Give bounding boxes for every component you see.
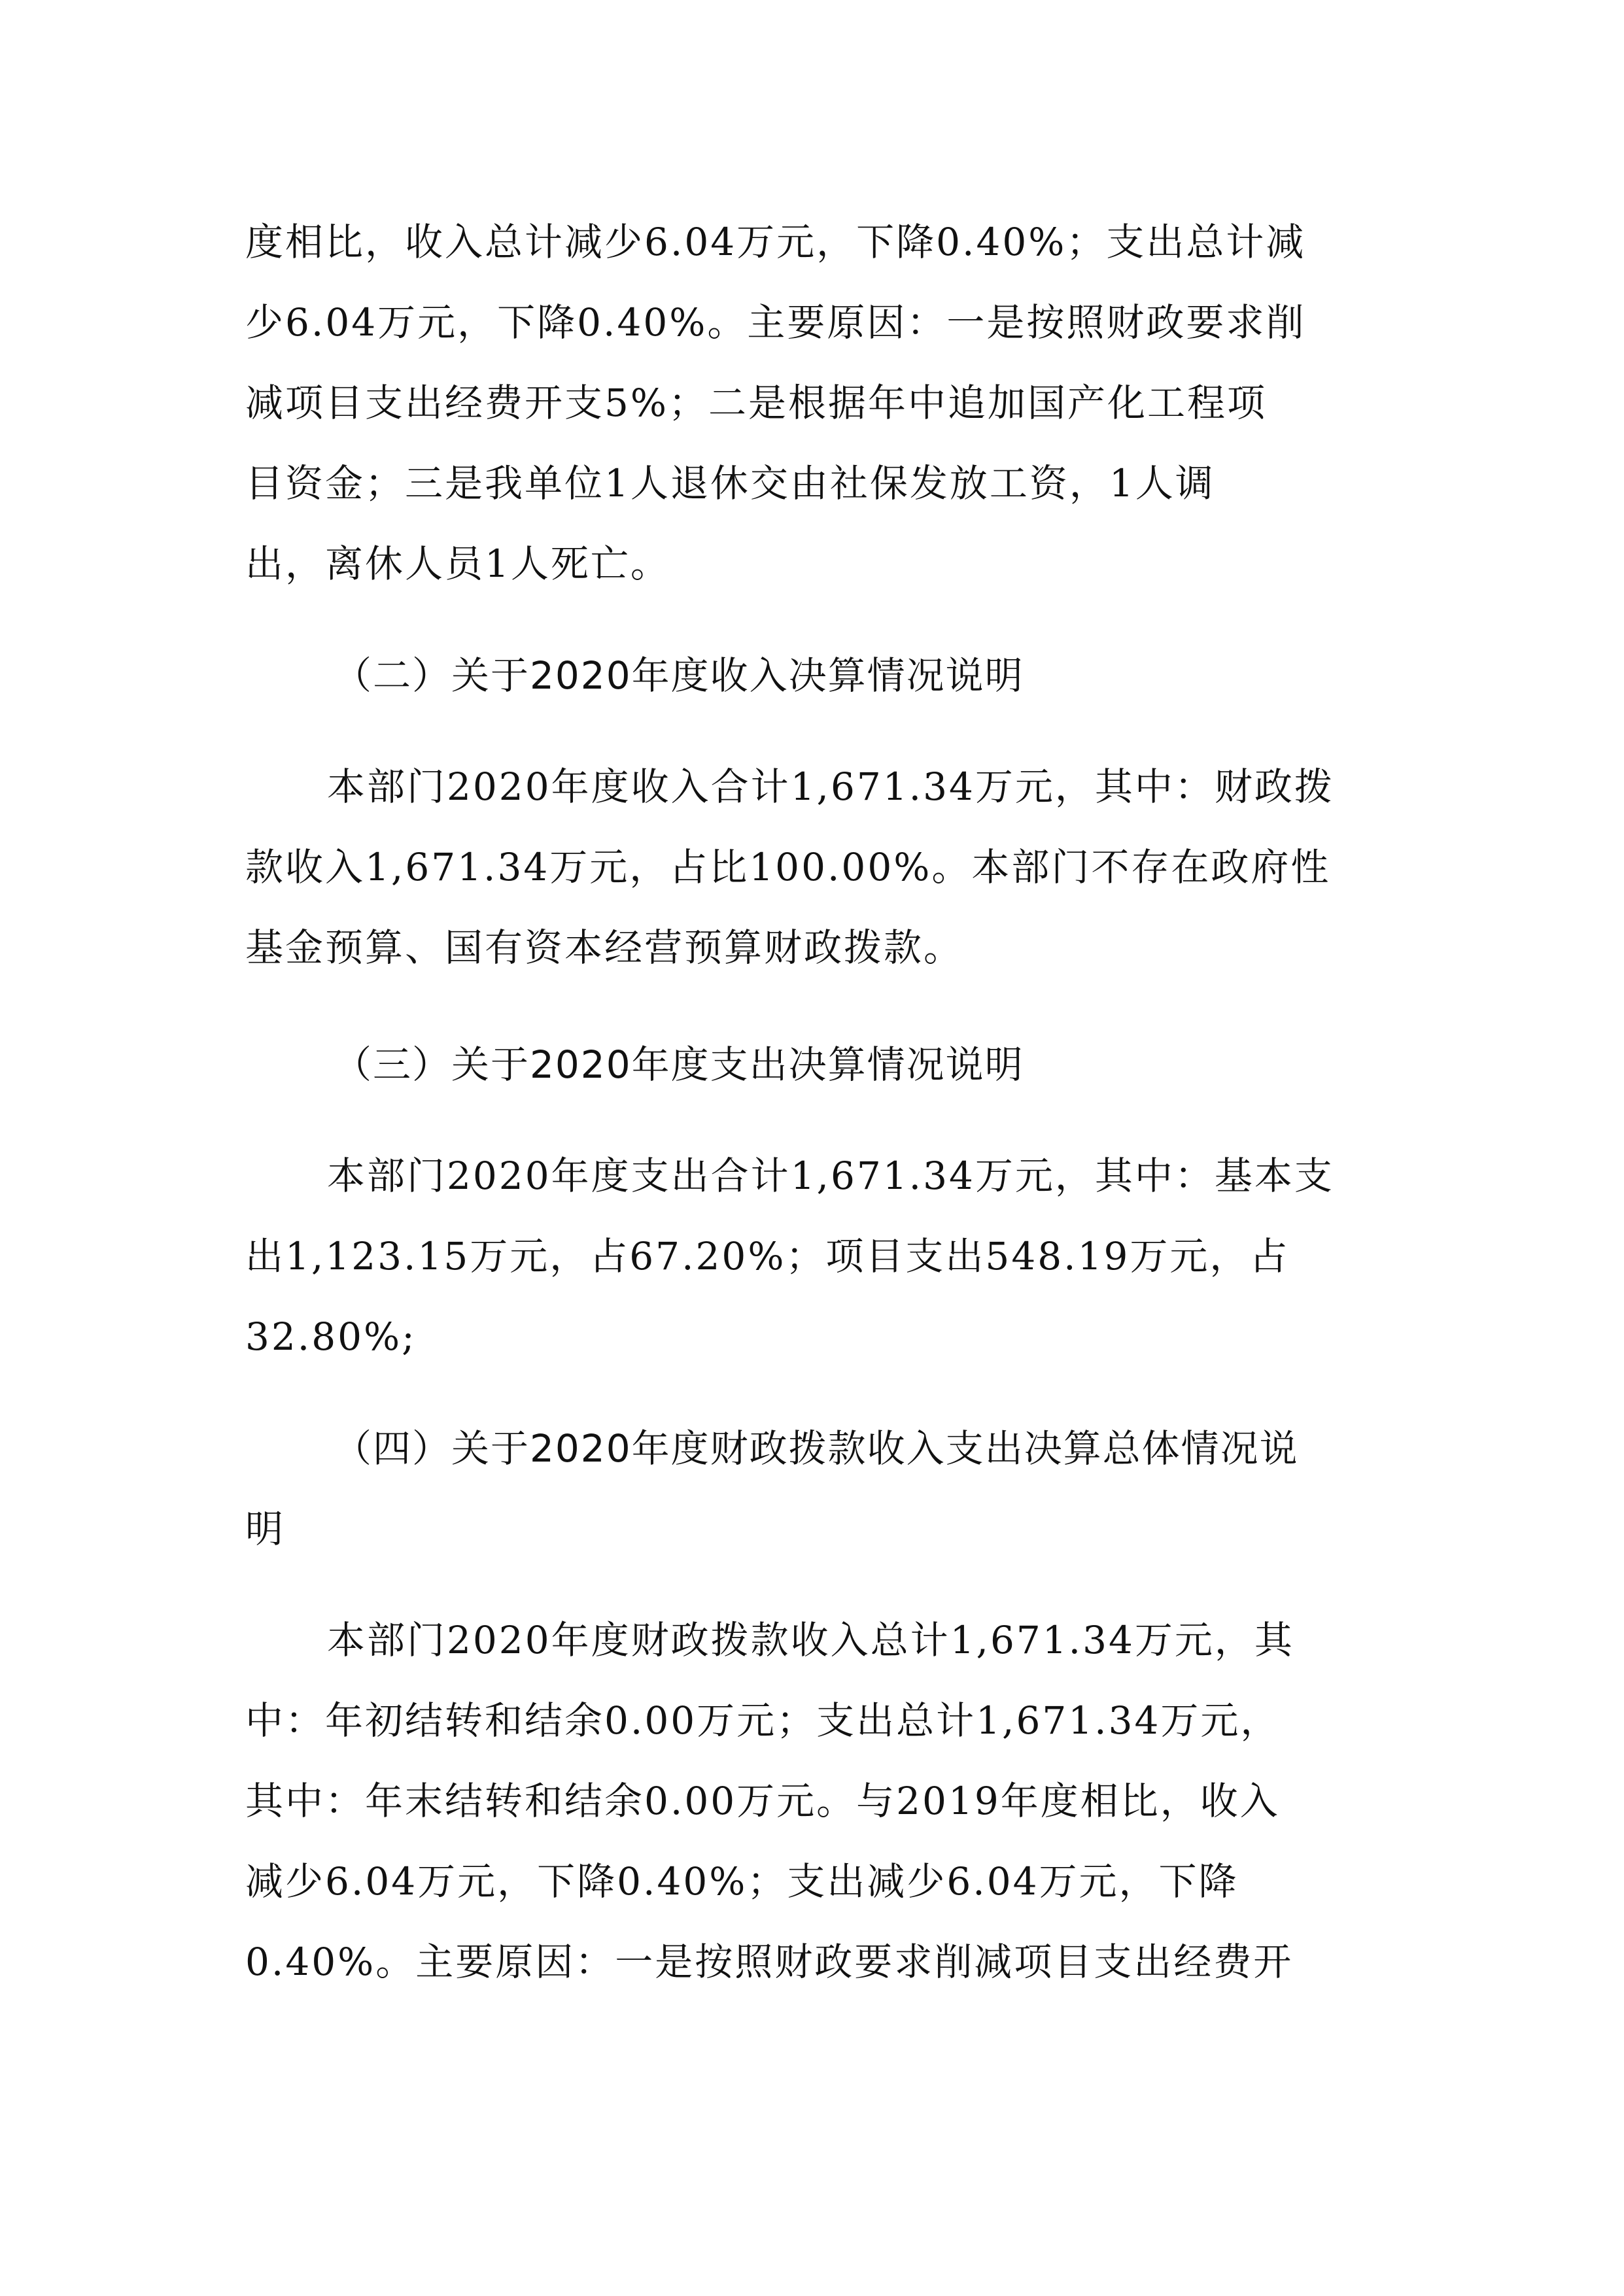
paragraph-line: 本部门2020年度收入合计1,671.34万元，其中：财政拨 bbox=[327, 761, 1478, 813]
paragraph-line: 中：年初结转和结余0.00万元；支出总计1,671.34万元， bbox=[245, 1694, 1396, 1747]
paragraph-line: 款收入1,671.34万元，占比100.00%。本部门不存在政府性 bbox=[245, 841, 1396, 893]
paragraph-line: 出，离休人员1人死亡。 bbox=[245, 538, 1396, 590]
document-page: 度相比，收入总计减少6.04万元，下降0.40%；支出总计减 少6.04万元，下… bbox=[0, 0, 1624, 2296]
paragraph-line: 其中：年末结转和结余0.00万元。与2019年度相比，收入 bbox=[245, 1775, 1396, 1827]
paragraph-line: 本部门2020年度支出合计1,671.34万元，其中：基本支 bbox=[327, 1150, 1478, 1202]
paragraph-line: 32.80%; bbox=[245, 1311, 1396, 1363]
paragraph-line: 减少6.04万元，下降0.40%；支出减少6.04万元，下降 bbox=[245, 1855, 1396, 1908]
paragraph-line: 度相比，收入总计减少6.04万元，下降0.40%；支出总计减 bbox=[245, 216, 1396, 268]
paragraph-line: 目资金；三是我单位1人退休交由社保发放工资，1人调 bbox=[245, 457, 1396, 509]
section-heading-fiscal-overview-cont: 明 bbox=[245, 1503, 1396, 1555]
paragraph-line: 减项目支出经费开支5%；二是根据年中追加国产化工程项 bbox=[245, 377, 1396, 429]
paragraph-line: 基金预算、国有资本经营预算财政拨款。 bbox=[245, 921, 1396, 974]
section-heading-fiscal-overview: （四）关于2020年度财政拨款收入支出决算总体情况说 bbox=[334, 1422, 1485, 1475]
paragraph-line: 0.40%。主要原因：一是按照财政要求削减项目支出经费开 bbox=[245, 1936, 1396, 1988]
section-heading-expenditure: （三）关于2020年度支出决算情况说明 bbox=[334, 1038, 1485, 1091]
paragraph-line: 出1,123.15万元，占67.20%；项目支出548.19万元，占 bbox=[245, 1230, 1396, 1282]
section-heading-income: （二）关于2020年度收入决算情况说明 bbox=[334, 649, 1485, 702]
paragraph-line: 本部门2020年度财政拨款收入总计1,671.34万元，其 bbox=[327, 1614, 1478, 1666]
paragraph-line: 少6.04万元，下降0.40%。主要原因：一是按照财政要求削 bbox=[245, 296, 1396, 349]
